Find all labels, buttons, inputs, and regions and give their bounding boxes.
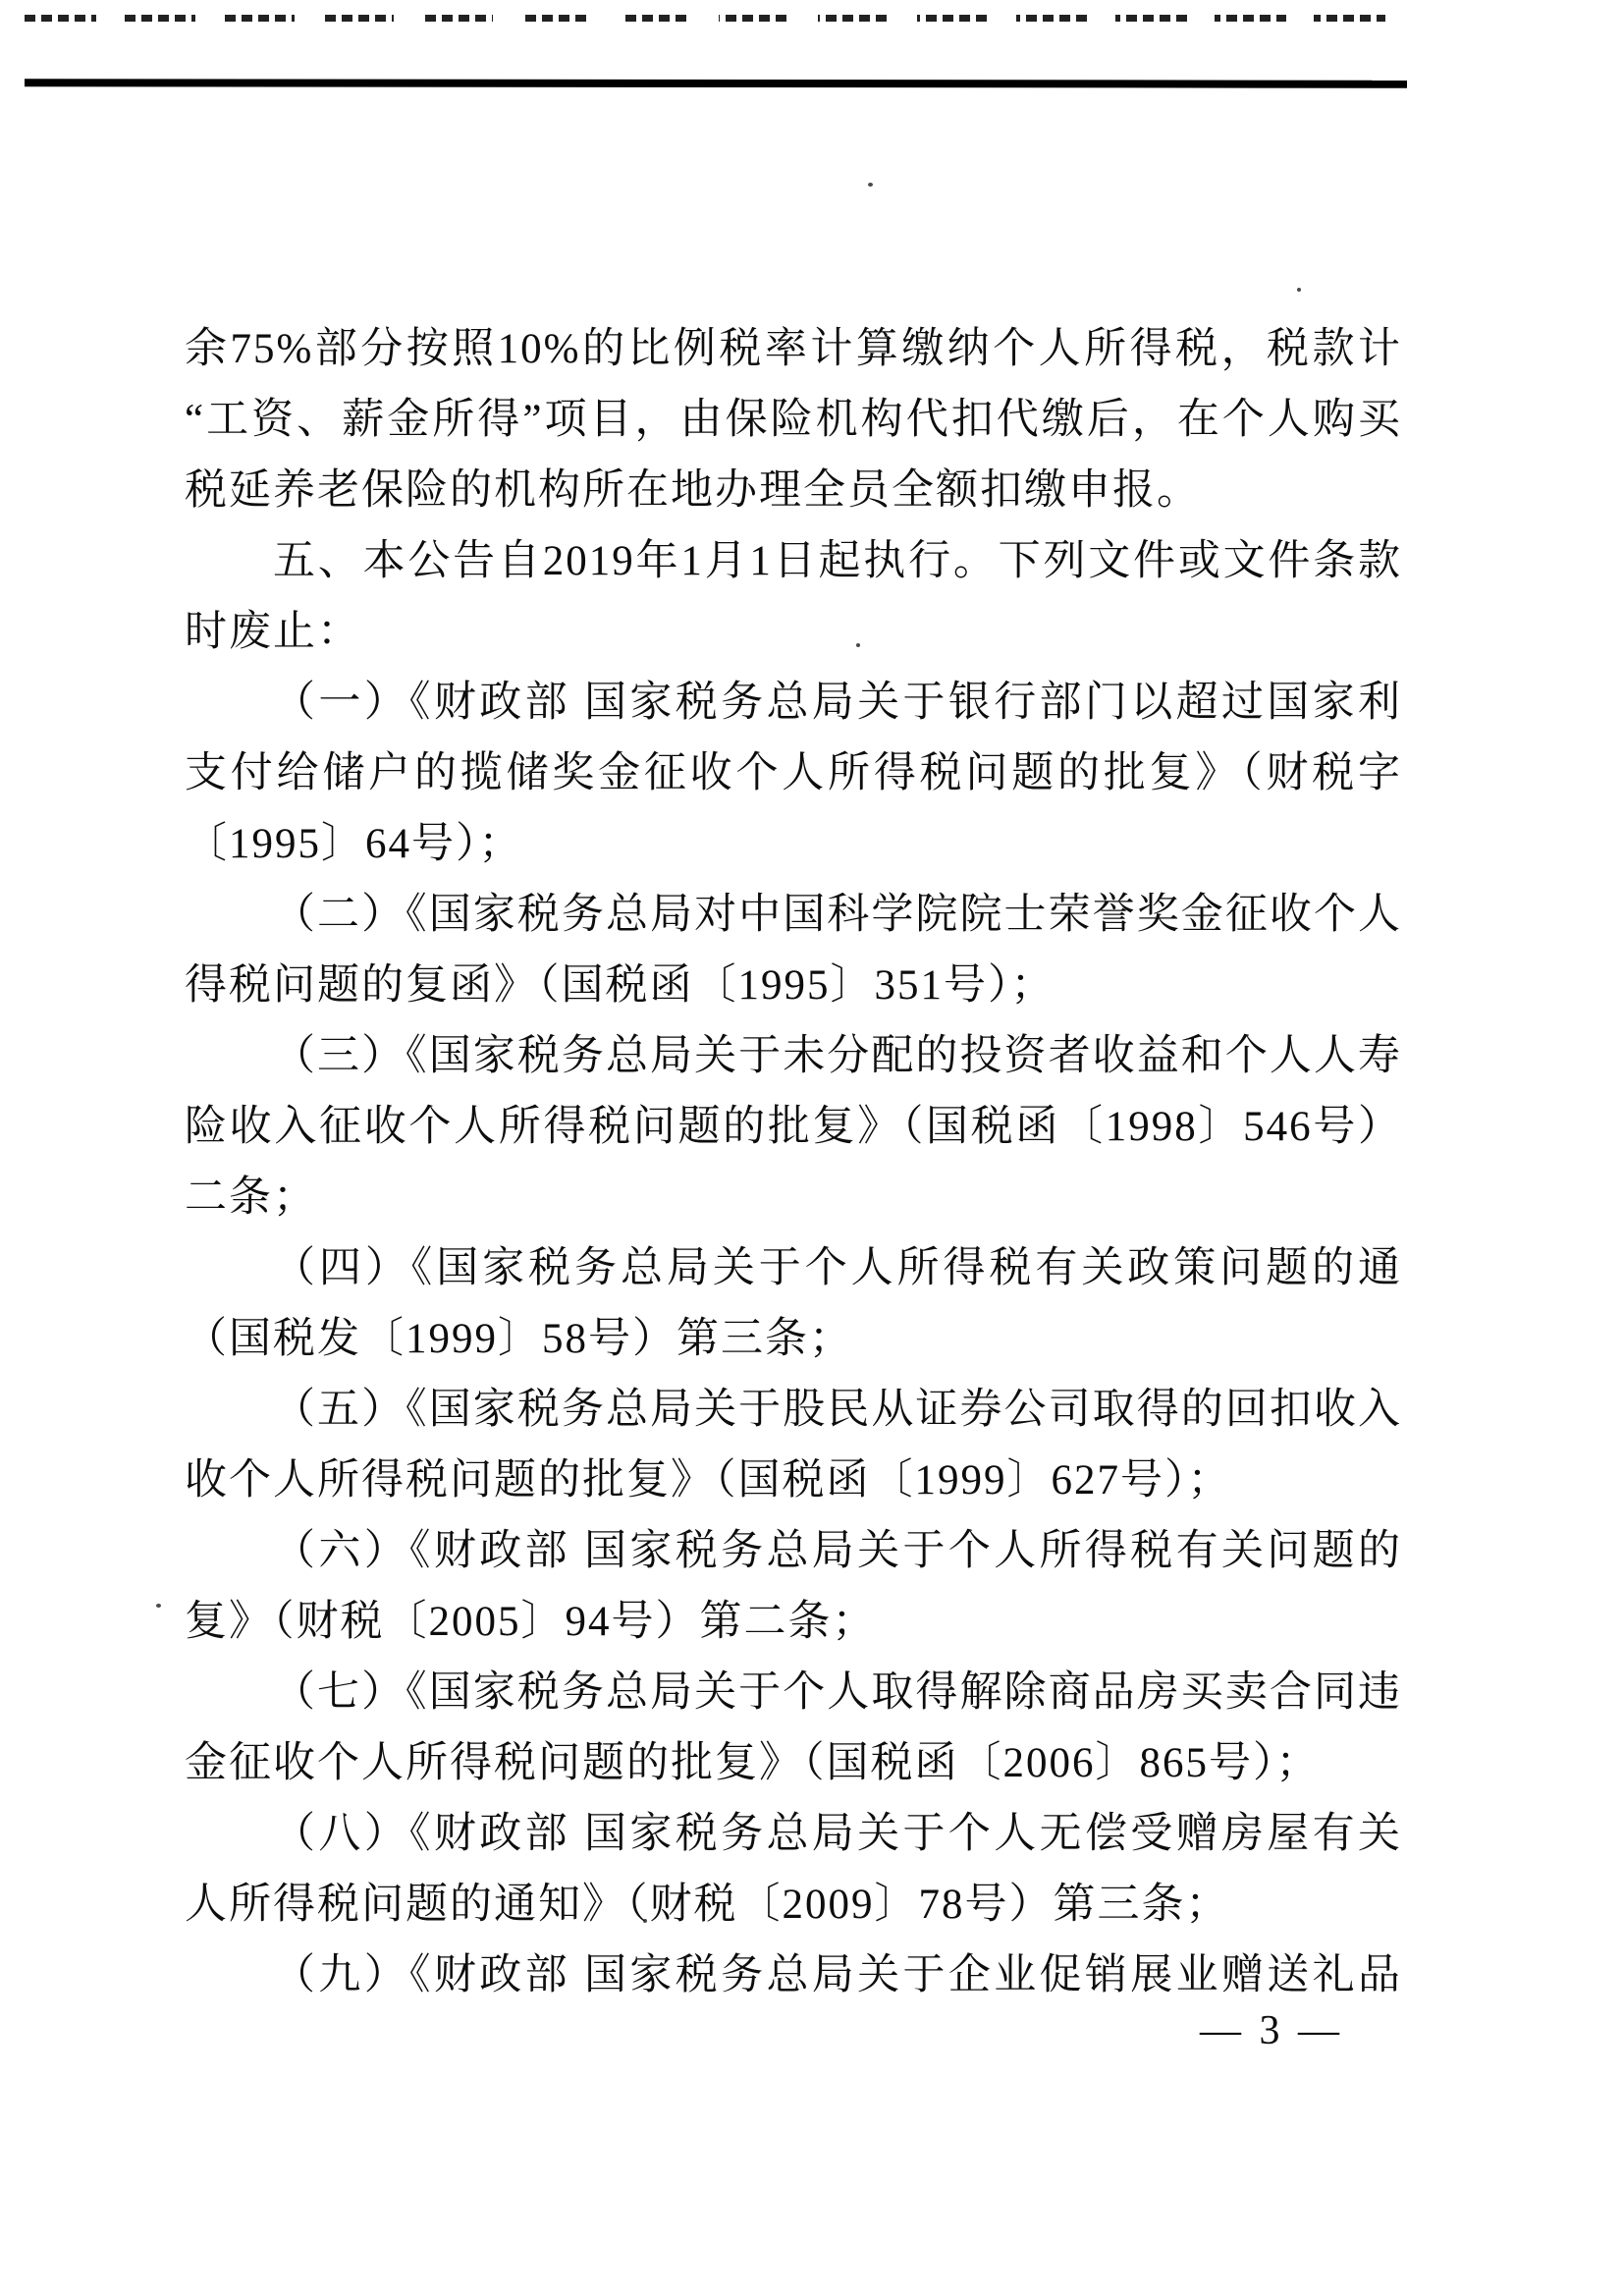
body-line: 金征收个人所得税问题的批复》（国税函〔2006〕865号）； bbox=[185, 1728, 1402, 1799]
scan-artifact-solid-line bbox=[25, 79, 1407, 87]
body-line: （一）《财政部 国家税务总局关于银行部门以超过国家利率 bbox=[185, 668, 1402, 738]
body-line: 支付给储户的揽储奖金征收个人所得税问题的批复》（财税字 bbox=[185, 738, 1402, 809]
body-line: （七）《国家税务总局关于个人取得解除商品房买卖合同违约 bbox=[185, 1658, 1402, 1728]
body-line: 人所得税问题的通知》（财税〔2009〕78号）第三条； bbox=[185, 1870, 1402, 1941]
body-line: “工资、薪金所得”项目，由保险机构代扣代缴后，在个人购买 bbox=[185, 385, 1402, 456]
body-line: 复》（财税〔2005〕94号）第二条； bbox=[185, 1587, 1402, 1658]
body-line: 二条； bbox=[185, 1163, 1402, 1233]
body-line: 得税问题的复函》（国税函〔1995〕351号）； bbox=[185, 951, 1402, 1021]
body-line: （八）《财政部 国家税务总局关于个人无偿受赠房屋有关个 bbox=[185, 1799, 1402, 1870]
body-line: （国税发〔1999〕58号）第三条； bbox=[185, 1304, 1402, 1375]
body-line: （三）《国家税务总局关于未分配的投资者收益和个人人寿保 bbox=[185, 1021, 1402, 1092]
page-number: — 3 — bbox=[1200, 2005, 1343, 2056]
scanned-document-page: 余75%部分按照10%的比例税率计算缴纳个人所得税，税款计入 “工资、薪金所得”… bbox=[0, 0, 1623, 2296]
body-line: 税延养老保险的机构所在地办理全员全额扣缴申报。 bbox=[185, 456, 1402, 526]
scan-speckle bbox=[156, 1604, 161, 1608]
body-line: （二）《国家税务总局对中国科学院院士荣誉奖金征收个人所 bbox=[185, 880, 1402, 951]
body-line: 余75%部分按照10%的比例税率计算缴纳个人所得税，税款计入 bbox=[185, 314, 1402, 385]
body-line: 五、本公告自2019年1月1日起执行。下列文件或文件条款同 bbox=[185, 526, 1402, 597]
body-line: 险收入征收个人所得税问题的批复》（国税函〔1998〕546号）第 bbox=[185, 1092, 1402, 1163]
body-line: 时废止： bbox=[185, 597, 1402, 668]
body-line: （九）《财政部 国家税务总局关于企业促销展业赠送礼品有 bbox=[185, 1941, 1402, 2011]
scan-artifact-dashed-line bbox=[25, 15, 1404, 22]
body-line: （五）《国家税务总局关于股民从证券公司取得的回扣收入征 bbox=[185, 1375, 1402, 1446]
body-line: （六）《财政部 国家税务总局关于个人所得税有关问题的批 bbox=[185, 1516, 1402, 1587]
body-line: 〔1995〕64号）； bbox=[185, 809, 1402, 880]
scan-speckle bbox=[1297, 288, 1301, 292]
body-line: （四）《国家税务总局关于个人所得税有关政策问题的通知》 bbox=[185, 1233, 1402, 1304]
document-body: 余75%部分按照10%的比例税率计算缴纳个人所得税，税款计入 “工资、薪金所得”… bbox=[185, 314, 1402, 2011]
body-line: 收个人所得税问题的批复》（国税函〔1999〕627号）； bbox=[185, 1446, 1402, 1516]
scan-speckle bbox=[868, 183, 873, 187]
